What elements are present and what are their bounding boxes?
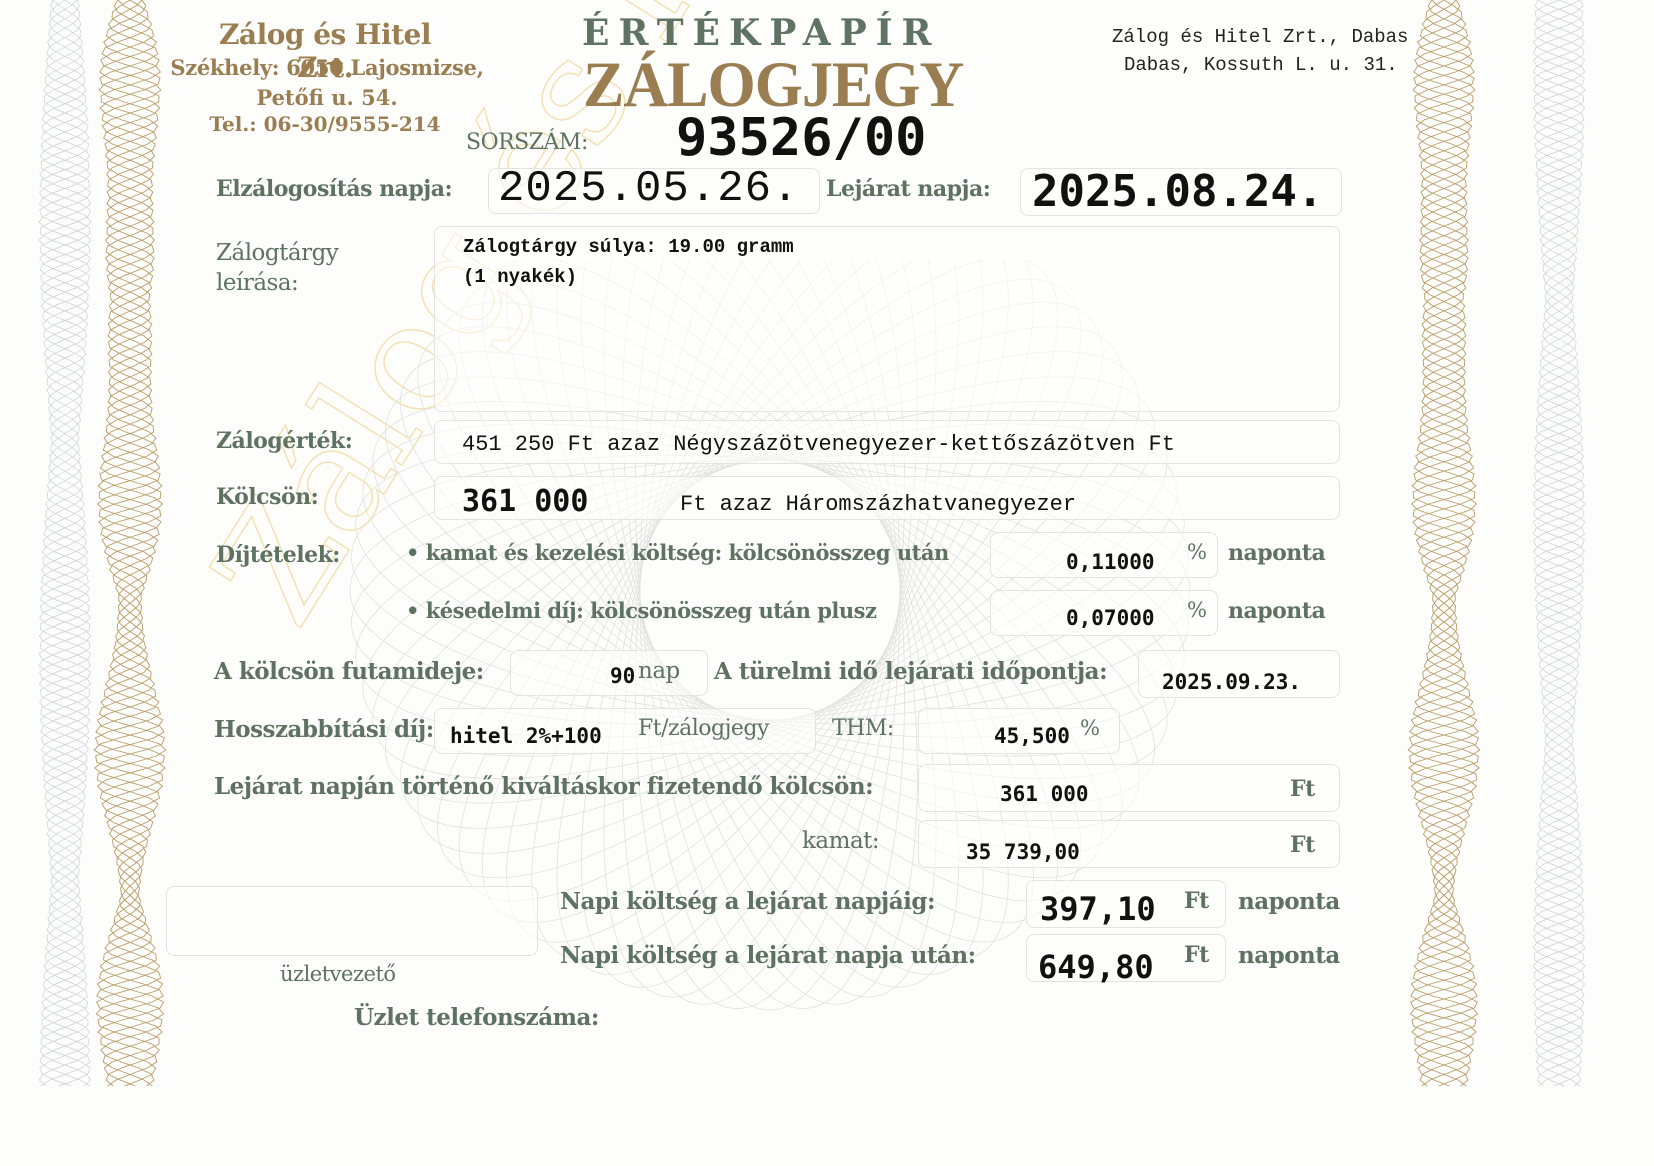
redemption-loan-value: 361 000 xyxy=(1000,782,1089,806)
daily-after-unit: Ft xyxy=(1184,942,1209,968)
issuer-street: Petőfi u. 54. xyxy=(162,85,492,110)
fee-interest-text: • kamat és kezelési költség: kölcsönössz… xyxy=(406,540,949,565)
fee-interest-value: 0,11000 xyxy=(1066,550,1155,574)
grace-label: A türelmi idő lejárati időpontja: xyxy=(714,658,1107,685)
fee-late-text: • késedelmi díj: kölcsönösszeg után plus… xyxy=(406,598,876,623)
due-date-value: 2025.08.24. xyxy=(1032,166,1323,217)
item-description-line2: (1 nyakék) xyxy=(463,266,577,288)
daily-before-unit: Ft xyxy=(1184,888,1209,914)
pledge-date-label: Elzálogosítás napja: xyxy=(216,176,452,202)
fee-late-unit: % xyxy=(1187,598,1206,622)
daily-before-value: 397,10 xyxy=(1040,890,1156,928)
term-value: 90 xyxy=(610,664,635,688)
daily-after-period: naponta xyxy=(1238,942,1340,969)
daily-before-period: naponta xyxy=(1238,888,1340,915)
term-unit: nap xyxy=(638,658,680,684)
branch-line1: Zálog és Hitel Zrt., Dabas xyxy=(1112,26,1408,48)
redemption-interest-value: 35 739,00 xyxy=(966,840,1080,864)
pledge-value-text: 451 250 Ft azaz Négyszázötvenegyezer-ket… xyxy=(462,432,1175,457)
pledge-value-label: Zálogérték: xyxy=(216,428,352,454)
daily-after-value: 649,80 xyxy=(1038,948,1154,986)
manager-signature-box xyxy=(166,886,538,956)
due-date-label: Lejárat napja: xyxy=(826,176,990,202)
thm-value: 45,500 xyxy=(994,724,1070,748)
issuer-seat: Székhely: 6050 Lajosmizse, xyxy=(162,55,492,80)
extension-value: hitel 2%+100 xyxy=(450,724,602,748)
loan-label: Kölcsön: xyxy=(216,484,318,510)
manager-label: üzletvezető xyxy=(280,962,396,986)
thm-unit: % xyxy=(1080,716,1099,740)
extension-unit: Ft/zálogjegy xyxy=(638,716,769,741)
thm-label: THM: xyxy=(832,716,894,741)
fee-interest-unit: % xyxy=(1187,540,1206,564)
loan-amount: 361 000 xyxy=(462,484,588,519)
item-label-line1: Zálogtárgy xyxy=(216,240,338,266)
item-label-line2: leírása: xyxy=(216,270,298,296)
grace-value: 2025.09.23. xyxy=(1162,670,1301,694)
guilloche-border-right xyxy=(1394,0,1654,1090)
serial-number: 93526/00 xyxy=(676,108,926,168)
term-label: A kölcsön futamideje: xyxy=(214,658,484,685)
serial-label: SORSZÁM: xyxy=(466,130,588,155)
extension-label: Hosszabbítási díj: xyxy=(214,716,434,743)
daily-before-label: Napi költség a lejárat napjáig: xyxy=(560,888,935,915)
redemption-interest-label: kamat: xyxy=(802,828,879,854)
redemption-loan-box xyxy=(918,764,1340,812)
fee-late-period: naponta xyxy=(1228,598,1325,624)
fees-label: Díjtételek: xyxy=(216,542,340,568)
fee-interest-period: naponta xyxy=(1228,540,1325,566)
shop-phone-label: Üzlet telefonszáma: xyxy=(354,1004,599,1031)
loan-words: Ft azaz Háromszázhatvanegyezer xyxy=(680,492,1076,517)
redemption-loan-unit: Ft xyxy=(1290,776,1315,802)
daily-after-label: Napi költség a lejárat napja után: xyxy=(560,942,976,969)
item-description-line1: Zálogtárgy súlya: 19.00 gramm xyxy=(463,236,794,258)
fee-late-value: 0,07000 xyxy=(1066,606,1155,630)
issuer-phone: Tel.: 06-30/9555-214 xyxy=(190,112,460,136)
pledge-date-value: 2025.05.26. xyxy=(498,164,799,214)
redemption-interest-unit: Ft xyxy=(1290,832,1315,858)
branch-line2: Dabas, Kossuth L. u. 31. xyxy=(1124,54,1398,76)
guilloche-border-left xyxy=(0,0,180,1090)
redemption-loan-label: Lejárat napján történő kiváltáskor fizet… xyxy=(214,773,873,800)
